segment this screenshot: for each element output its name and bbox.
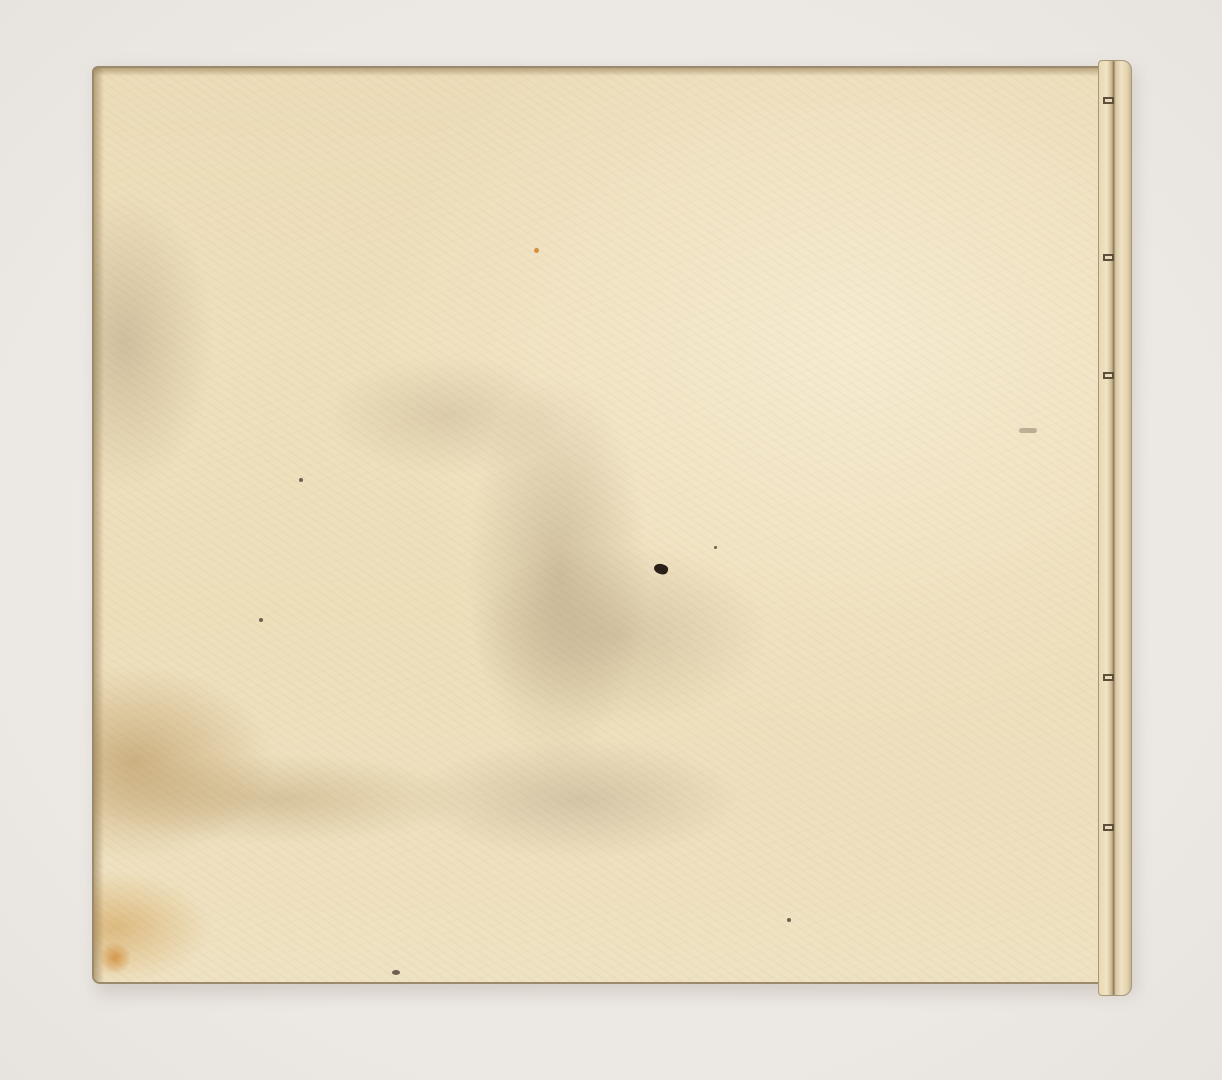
cover-top-edge [94,68,1102,76]
corner-rust-stain [100,940,130,976]
spine-tacket [1103,254,1114,261]
foxing-dot [714,546,717,549]
ink-spot [653,562,670,576]
cover-left-edge [94,68,104,982]
photo-scene [0,0,1222,1080]
foxing-dot [299,478,303,482]
spine-tacket [1103,824,1114,831]
spine-tacket [1103,372,1114,379]
book-spine [1098,60,1132,996]
vellum-book-cover [92,66,1104,984]
foxing-dot [259,618,263,622]
rust-spot [534,248,539,253]
spine-tacket [1103,97,1114,104]
spine-tacket [1103,674,1114,681]
foxing-dot [392,970,400,975]
foxing-dot [787,918,791,922]
foxing-smudge [1019,428,1037,433]
